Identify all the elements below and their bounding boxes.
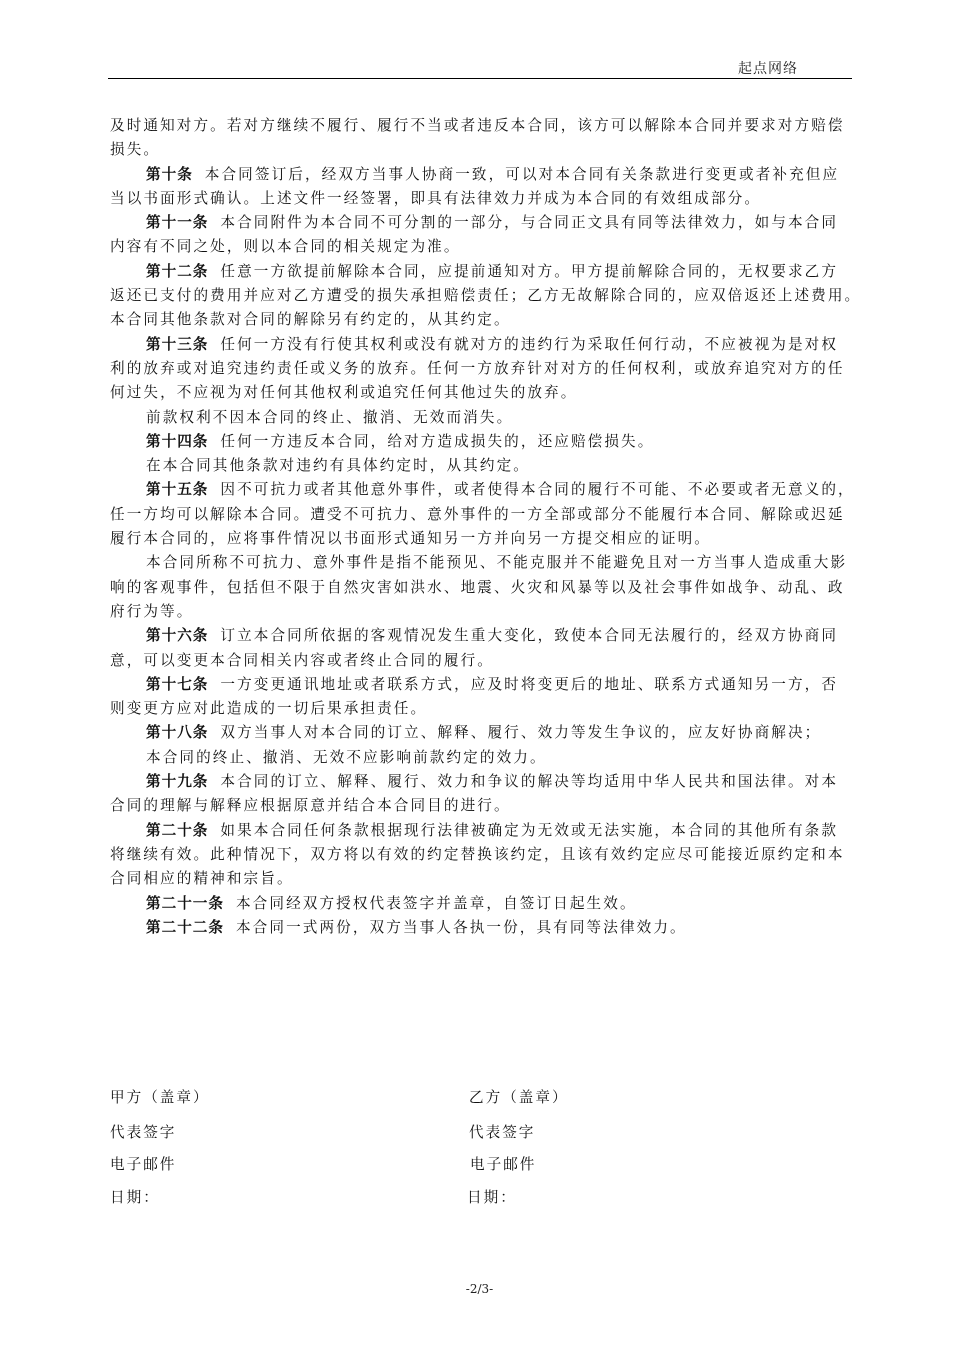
line-text: 返还已支付的费用并应对乙方遭受的损失承担赔偿责任；乙方无故解除合同的，应双倍返还… (110, 287, 861, 304)
party-b-email-label: 电子邮件 (470, 1153, 536, 1174)
line-text: 府行为等。 (110, 603, 193, 620)
line-text: 损失。 (110, 141, 160, 158)
line-text: 本合同的终止、撤消、无效不应影响前款约定的效力。 (146, 749, 547, 766)
line-text: 意，可以变更本合同相关内容或者终止合同的履行。 (110, 652, 494, 669)
line-text: 双方当事人对本合同的订立、解释、履行、效力等发生争议的，应友好协商解决； (220, 724, 821, 741)
body-line: 将继续有效。此种情况下，双方将以有效的约定替换该约定，且该有效约定应尽可能接近原… (110, 843, 852, 867)
line-text: 将继续有效。此种情况下，双方将以有效的约定替换该约定，且该有效约定应尽可能接近原… (110, 846, 845, 863)
line-text: 一方变更通讯地址或者联系方式，应及时将变更后的地址、联系方式通知另一方，否 (220, 676, 838, 693)
body-line: 第十四条任何一方违反本合同，给对方造成损失的，还应赔偿损失。 (110, 430, 852, 454)
body-line: 第十八条双方当事人对本合同的订立、解释、履行、效力等发生争议的，应友好协商解决； (110, 721, 852, 745)
body-line: 当以书面形式确认。上述文件一经签署，即具有法律效力并成为本合同的有效组成部分。 (110, 187, 852, 211)
body-line: 则变更方应对此造成的一切后果承担责任。 (110, 697, 852, 721)
body-line: 利的放弃或对追究违约责任或义务的放弃。任何一方放弃针对对方的任何权利，或放弃追究… (110, 357, 852, 381)
article-number: 第十条 (146, 166, 193, 183)
article-number: 第十一条 (146, 214, 208, 231)
line-text: 订立本合同所依据的客观情况发生重大变化，致使本合同无法履行的，经双方协商同 (220, 627, 838, 644)
party-a-seal-label: 甲方（盖章） (110, 1086, 210, 1107)
line-text: 本合同经双方授权代表签字并盖章，自签订日起生效。 (236, 895, 637, 912)
body-line: 府行为等。 (110, 600, 852, 624)
article-number: 第十八条 (146, 724, 208, 741)
line-text: 本合同其他条款对合同的解除另有约定的，从其约定。 (110, 311, 511, 328)
body-line: 第十一条本合同附件为本合同不可分割的一部分，与合同正文具有同等法律效力，如与本合… (110, 211, 852, 235)
party-b-seal-label: 乙方（盖章） (469, 1086, 569, 1107)
line-text: 履行本合同的，应将事件情况以书面形式通知另一方并向另一方提交相应的证明。 (110, 530, 711, 547)
party-b-rep-label: 代表签字 (469, 1121, 535, 1142)
body-line: 响的客观事件，包括但不限于自然灾害如洪水、地震、火灾和风暴等以及社会事件如战争、… (110, 576, 852, 600)
line-text: 任何一方没有行使其权利或没有就对方的违约行为采取任何行动，不应被视为是对权 (220, 336, 838, 353)
body-line: 第十条本合同签订后，经双方当事人协商一致，可以对本合同有关条款进行变更或者补充但… (110, 163, 852, 187)
body-line: 在本合同其他条款对违约有具体约定时，从其约定。 (110, 454, 852, 478)
line-text: 利的放弃或对追究违约责任或义务的放弃。任何一方放弃针对对方的任何权利，或放弃追究… (110, 360, 845, 377)
body-line: 履行本合同的，应将事件情况以书面形式通知另一方并向另一方提交相应的证明。 (110, 527, 852, 551)
article-number: 第二十二条 (146, 919, 224, 936)
header-title: 起点网络 (738, 58, 798, 78)
body-line: 本合同其他条款对合同的解除另有约定的，从其约定。 (110, 308, 852, 332)
article-number: 第十四条 (146, 433, 208, 450)
body-line: 第十三条任何一方没有行使其权利或没有就对方的违约行为采取任何行动，不应被视为是对… (110, 333, 852, 357)
body-line: 及时通知对方。若对方继续不履行、履行不当或者违反本合同，该方可以解除本合同并要求… (110, 114, 852, 138)
party-a-email-label: 电子邮件 (110, 1153, 176, 1174)
body-line: 第十五条因不可抗力或者其他意外事件，或者使得本合同的履行不可能、不必要或者无意义… (110, 478, 852, 502)
line-text: 本合同签订后，经双方当事人协商一致，可以对本合同有关条款进行变更或者补充但应 (205, 166, 839, 183)
line-text: 本合同的订立、解释、履行、效力和争议的解决等均适用中华人民共和国法律。对本 (220, 773, 838, 790)
article-number: 第十三条 (146, 336, 208, 353)
document-page: 起点网络 及时通知对方。若对方继续不履行、履行不当或者违反本合同，该方可以解除本… (0, 0, 959, 1355)
line-text: 本合同一式两份，双方当事人各执一份，具有同等法律效力。 (236, 919, 687, 936)
line-text: 何过失，不应视为对任何其他权利或追究任何其他过失的放弃。 (110, 384, 577, 401)
line-text: 合同的理解与解释应根据原意并结合本合同目的进行。 (110, 797, 511, 814)
line-text: 本合同附件为本合同不可分割的一部分，与合同正文具有同等法律效力，如与本合同 (220, 214, 838, 231)
body-line: 合同的理解与解释应根据原意并结合本合同目的进行。 (110, 794, 852, 818)
body-line: 第二十条如果本合同任何条款根据现行法律被确定为无效或无法实施，本合同的其他所有条… (110, 819, 852, 843)
body-line: 内容有不同之处，则以本合同的相关规定为准。 (110, 235, 852, 259)
line-text: 如果本合同任何条款根据现行法律被确定为无效或无法实施，本合同的其他所有条款 (220, 822, 838, 839)
line-text: 前款权利不因本合同的终止、撤消、无效而消失。 (146, 409, 513, 426)
contract-body: 及时通知对方。若对方继续不履行、履行不当或者违反本合同，该方可以解除本合同并要求… (110, 114, 852, 940)
body-line: 第十六条订立本合同所依据的客观情况发生重大变化，致使本合同无法履行的，经双方协商… (110, 624, 852, 648)
line-text: 内容有不同之处，则以本合同的相关规定为准。 (110, 238, 461, 255)
article-number: 第十二条 (146, 263, 208, 280)
line-text: 合同相应的精神和宗旨。 (110, 870, 294, 887)
line-text: 及时通知对方。若对方继续不履行、履行不当或者违反本合同，该方可以解除本合同并要求… (110, 117, 845, 134)
page-number: -2/3- (0, 1282, 959, 1296)
article-number: 第十九条 (146, 773, 208, 790)
line-text: 任何一方违反本合同，给对方造成损失的，还应赔偿损失。 (220, 433, 654, 450)
header-divider (108, 78, 852, 79)
article-number: 第十七条 (146, 676, 208, 693)
body-line: 第二十二条本合同一式两份，双方当事人各执一份，具有同等法律效力。 (110, 916, 852, 940)
body-line: 损失。 (110, 138, 852, 162)
article-number: 第二十一条 (146, 895, 224, 912)
line-text: 则变更方应对此造成的一切后果承担责任。 (110, 700, 427, 717)
body-line: 本合同所称不可抗力、意外事件是指不能预见、不能克服并不能避免且对一方当事人造成重… (110, 551, 852, 575)
line-text: 在本合同其他条款对违约有具体约定时，从其约定。 (146, 457, 530, 474)
line-text: 响的客观事件，包括但不限于自然灾害如洪水、地震、火灾和风暴等以及社会事件如战争、… (110, 579, 845, 596)
line-text: 任一方均可以解除本合同。遭受不可抗力、意外事件的一方全部或部分不能履行本合同、解… (110, 506, 845, 523)
body-line: 返还已支付的费用并应对乙方遭受的损失承担赔偿责任；乙方无故解除合同的，应双倍返还… (110, 284, 852, 308)
article-number: 第十五条 (146, 481, 208, 498)
body-line: 意，可以变更本合同相关内容或者终止合同的履行。 (110, 649, 852, 673)
body-line: 第十七条一方变更通讯地址或者联系方式，应及时将变更后的地址、联系方式通知另一方，… (110, 673, 852, 697)
line-text: 本合同所称不可抗力、意外事件是指不能预见、不能克服并不能避免且对一方当事人造成重… (146, 554, 847, 571)
body-line: 第十九条本合同的订立、解释、履行、效力和争议的解决等均适用中华人民共和国法律。对… (110, 770, 852, 794)
body-line: 前款权利不因本合同的终止、撤消、无效而消失。 (110, 406, 852, 430)
party-a-rep-label: 代表签字 (110, 1121, 176, 1142)
body-line: 第二十一条本合同经双方授权代表签字并盖章，自签订日起生效。 (110, 892, 852, 916)
body-line: 第十二条任意一方欲提前解除本合同，应提前通知对方。甲方提前解除合同的，无权要求乙… (110, 260, 852, 284)
line-text: 因不可抗力或者其他意外事件，或者使得本合同的履行不可能、不必要或者无意义的， (220, 481, 854, 498)
body-line: 合同相应的精神和宗旨。 (110, 867, 852, 891)
body-line: 何过失，不应视为对任何其他权利或追究任何其他过失的放弃。 (110, 381, 852, 405)
article-number: 第十六条 (146, 627, 208, 644)
body-line: 任一方均可以解除本合同。遭受不可抗力、意外事件的一方全部或部分不能履行本合同、解… (110, 503, 852, 527)
article-number: 第二十条 (146, 822, 208, 839)
body-line: 本合同的终止、撤消、无效不应影响前款约定的效力。 (110, 746, 852, 770)
party-a-date-label: 日期： (110, 1186, 160, 1207)
line-text: 任意一方欲提前解除本合同，应提前通知对方。甲方提前解除合同的，无权要求乙方 (220, 263, 838, 280)
party-b-date-label: 日期： (467, 1186, 517, 1207)
line-text: 当以书面形式确认。上述文件一经签署，即具有法律效力并成为本合同的有效组成部分。 (110, 190, 761, 207)
